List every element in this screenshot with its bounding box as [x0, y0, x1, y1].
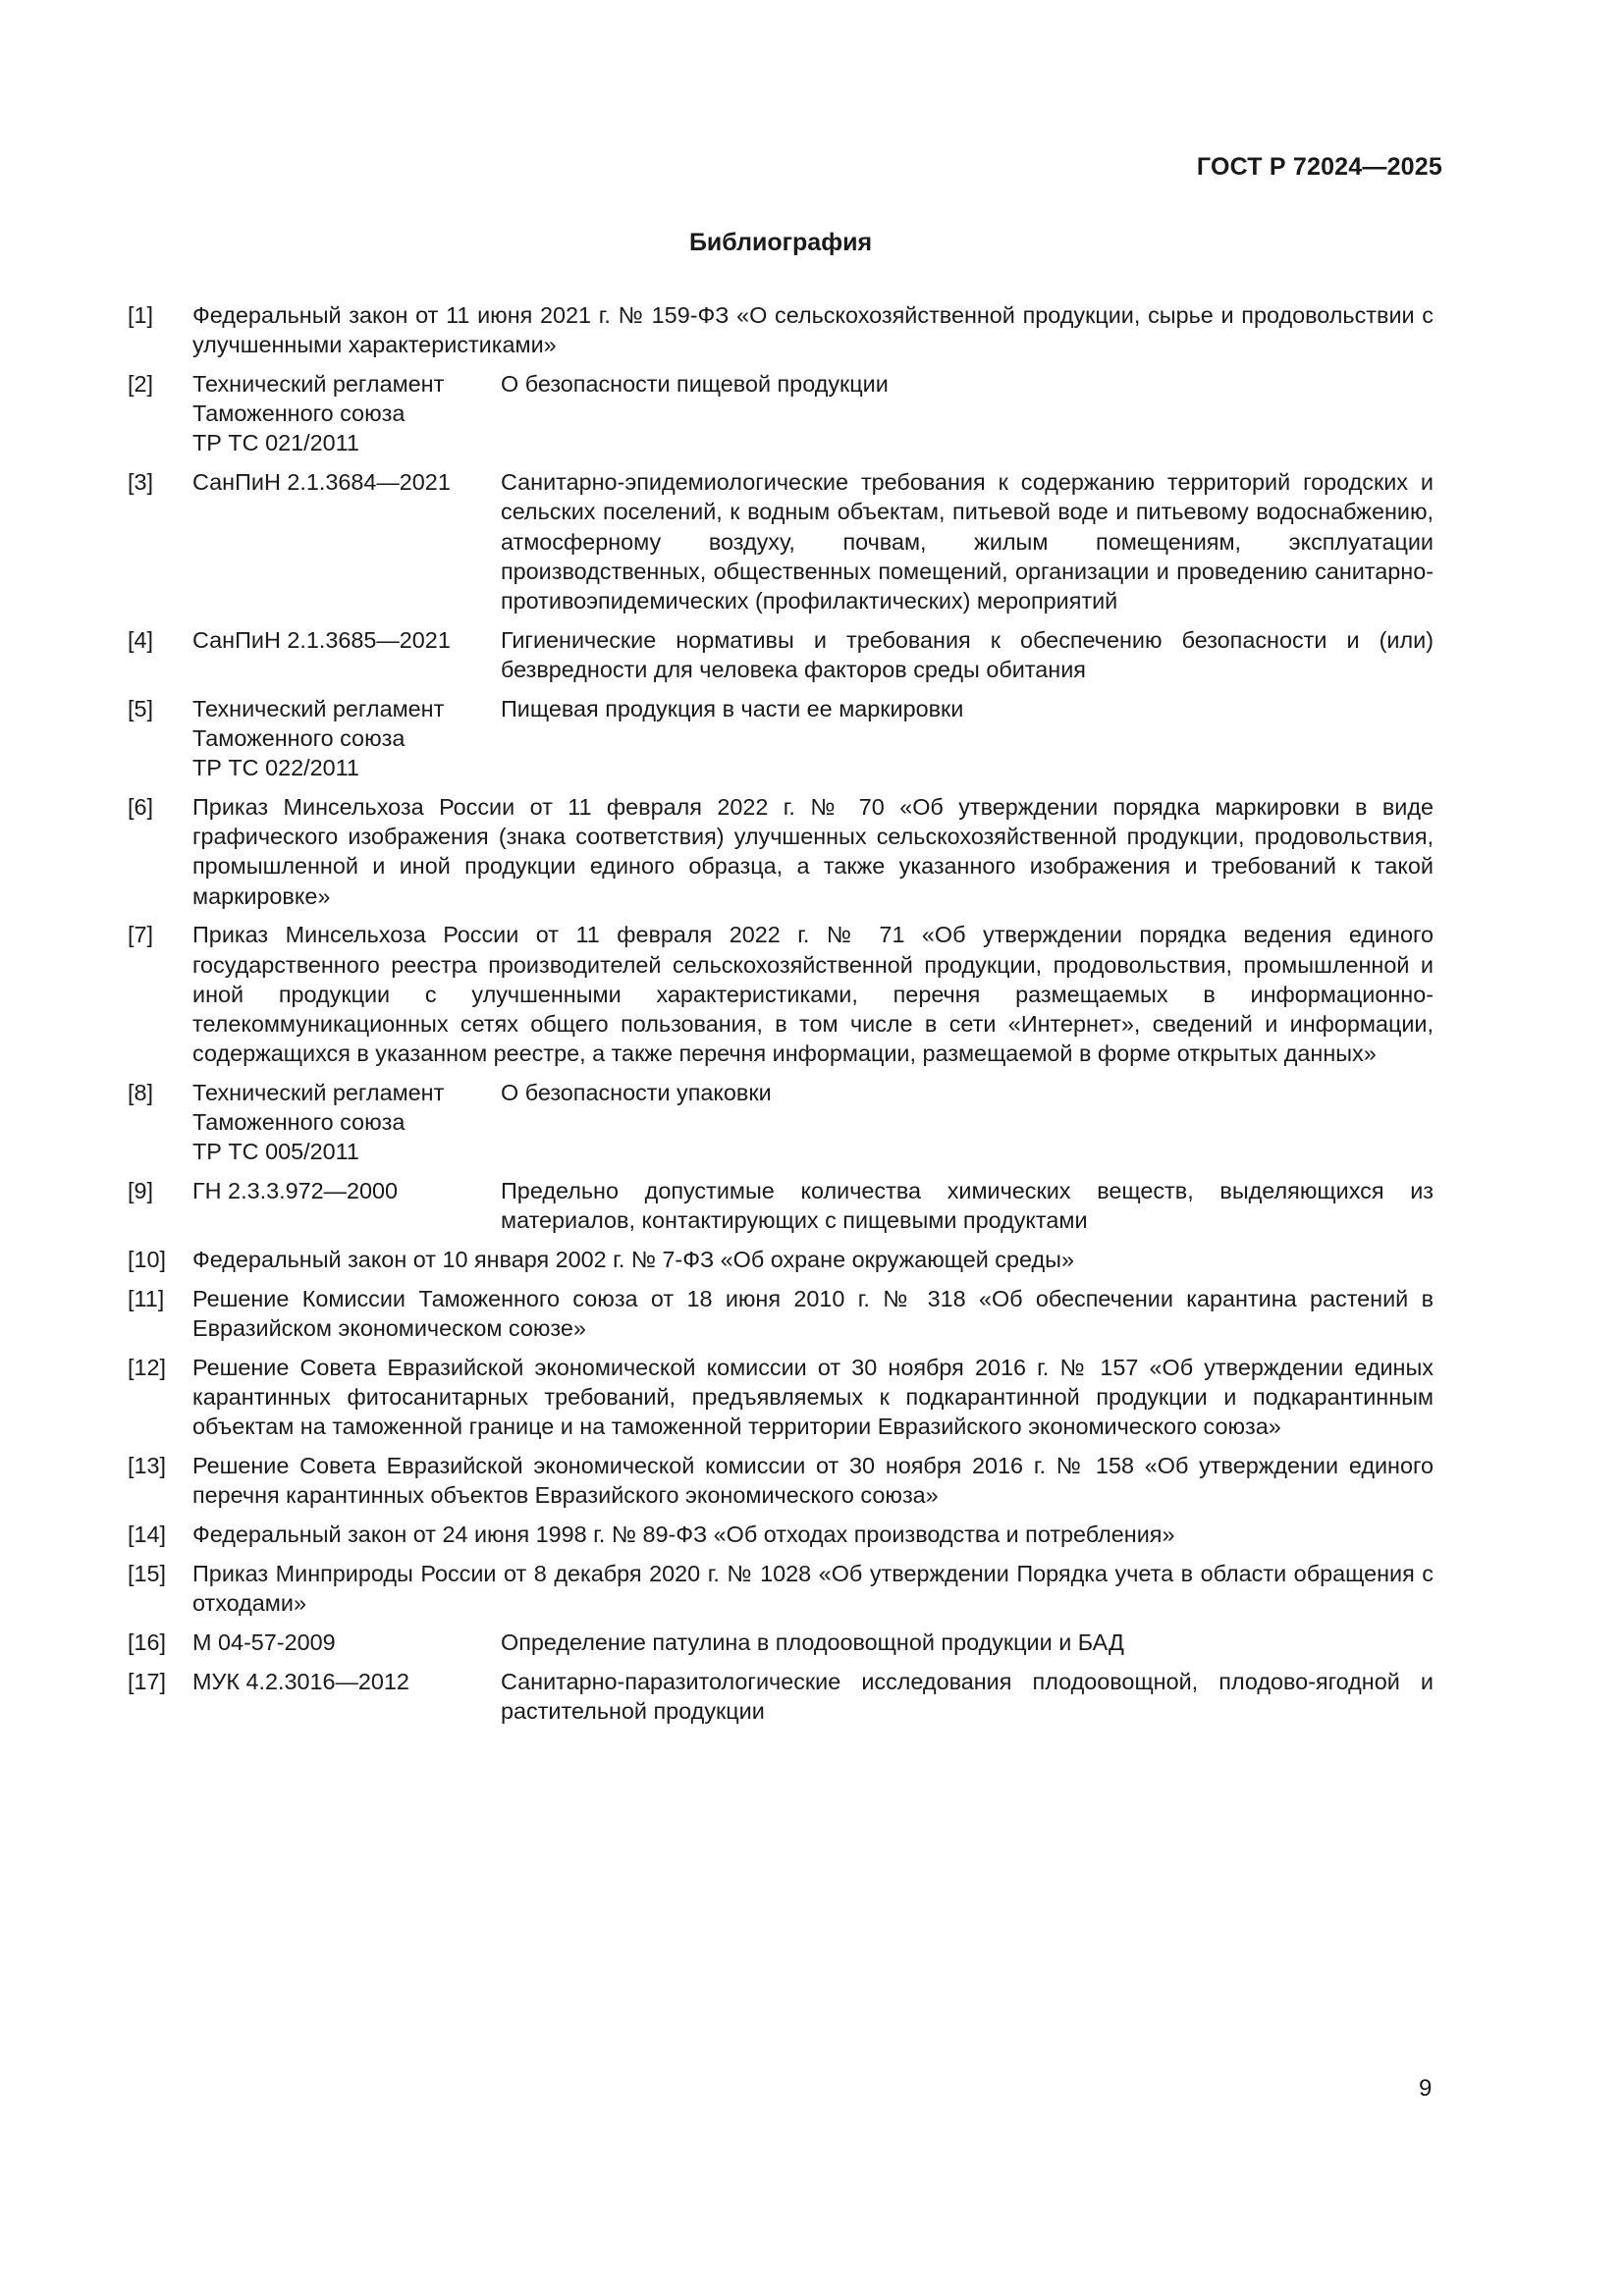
bibliography-entry: [3] СанПиН 2.1.3684—2021Санитарно-эпидем…: [128, 467, 1434, 615]
bibliography-entry: [16] М 04-57-2009Определение патулина в …: [128, 1628, 1434, 1657]
bibliography-entry: [7] Приказ Минсельхоза России от 11 февр…: [128, 920, 1434, 1068]
entry-description: О безопасности упаковки: [501, 1078, 1434, 1167]
entry-number: [6]: [128, 792, 153, 822]
bibliography-entry: [2] Технический регламент Таможенного со…: [128, 369, 1434, 458]
entry-number: [12]: [128, 1353, 166, 1382]
document-code: ГОСТ Р 72024—2025: [1197, 153, 1442, 182]
entry-text: Федеральный закон от 24 июня 1998 г. № 8…: [192, 1520, 1434, 1549]
bibliography-entry: [4] СанПиН 2.1.3685—2021Гигиенические но…: [128, 625, 1434, 684]
entry-number: [15]: [128, 1559, 166, 1588]
bibliography-entry: [10] Федеральный закон от 10 января 2002…: [128, 1245, 1434, 1274]
entry-number: [5]: [128, 694, 153, 723]
bibliography-entry: [12] Решение Совета Евразийской экономич…: [128, 1353, 1434, 1442]
entry-number: [2]: [128, 369, 153, 399]
entry-description: Санитарно-эпидемиологические требования …: [501, 467, 1434, 615]
entry-number: [16]: [128, 1628, 166, 1657]
bibliography-entry: [9] ГН 2.3.3.972—2000Предельно допустимы…: [128, 1176, 1434, 1235]
bibliography-list: [1] Федеральный закон от 11 июня 2021 г.…: [128, 300, 1434, 1735]
entry-reference: Технический регламент Таможенного союза …: [192, 694, 501, 783]
entry-description: О безопасности пищевой продукции: [501, 369, 1434, 458]
entry-number: [10]: [128, 1245, 166, 1274]
entry-text: Решение Совета Евразийской экономической…: [192, 1451, 1434, 1510]
entry-reference: СанПиН 2.1.3684—2021: [192, 467, 501, 615]
bibliography-entry: [6] Приказ Минсельхоза России от 11 февр…: [128, 792, 1434, 911]
entry-reference: МУК 4.2.3016—2012: [192, 1667, 501, 1726]
entry-number: [14]: [128, 1520, 166, 1549]
page-number: 9: [1419, 2075, 1432, 2103]
entry-text: Федеральный закон от 11 июня 2021 г. № 1…: [192, 300, 1434, 359]
entry-text: Решение Комиссии Таможенного союза от 18…: [192, 1284, 1434, 1343]
entry-description: Предельно допустимые количества химическ…: [501, 1176, 1434, 1235]
entry-description: Пищевая продукция в части ее маркировки: [501, 694, 1434, 783]
entry-number: [17]: [128, 1667, 166, 1696]
bibliography-entry: [5] Технический регламент Таможенного со…: [128, 694, 1434, 783]
bibliography-entry: [11] Решение Комиссии Таможенного союза …: [128, 1284, 1434, 1343]
entry-number: [13]: [128, 1451, 166, 1480]
entry-reference: Технический регламент Таможенного союза …: [192, 1078, 501, 1167]
entry-description: Определение патулина в плодоовощной прод…: [501, 1628, 1434, 1657]
bibliography-entry: [13] Решение Совета Евразийской экономич…: [128, 1451, 1434, 1510]
entry-text: Приказ Минсельхоза России от 11 февраля …: [192, 920, 1434, 1068]
entry-number: [11]: [128, 1284, 164, 1313]
bibliography-entry: [8] Технический регламент Таможенного со…: [128, 1078, 1434, 1167]
entry-text: Решение Совета Евразийской экономической…: [192, 1353, 1434, 1442]
entry-description: Санитарно-паразитологические исследовани…: [501, 1667, 1434, 1726]
entry-number: [9]: [128, 1176, 153, 1205]
entry-reference: ГН 2.3.3.972—2000: [192, 1176, 501, 1235]
section-title: Библиография: [0, 229, 1561, 257]
entry-number: [4]: [128, 625, 153, 655]
entry-reference: Технический регламент Таможенного союза …: [192, 369, 501, 458]
bibliography-entry: [14] Федеральный закон от 24 июня 1998 г…: [128, 1520, 1434, 1549]
bibliography-entry: [17] МУК 4.2.3016—2012Санитарно-паразито…: [128, 1667, 1434, 1726]
entry-description: Гигиенические нормативы и требования к о…: [501, 625, 1434, 684]
entry-text: Приказ Минприроды России от 8 декабря 20…: [192, 1559, 1434, 1618]
bibliography-entry: [15] Приказ Минприроды России от 8 декаб…: [128, 1559, 1434, 1618]
entry-number: [3]: [128, 467, 153, 497]
entry-text: Федеральный закон от 10 января 2002 г. №…: [192, 1245, 1434, 1274]
bibliography-entry: [1] Федеральный закон от 11 июня 2021 г.…: [128, 300, 1434, 359]
entry-reference: СанПиН 2.1.3685—2021: [192, 625, 501, 684]
entry-reference: М 04-57-2009: [192, 1628, 501, 1657]
entry-number: [8]: [128, 1078, 153, 1107]
entry-number: [1]: [128, 300, 153, 330]
entry-text: Приказ Минсельхоза России от 11 февраля …: [192, 792, 1434, 911]
entry-number: [7]: [128, 920, 153, 949]
